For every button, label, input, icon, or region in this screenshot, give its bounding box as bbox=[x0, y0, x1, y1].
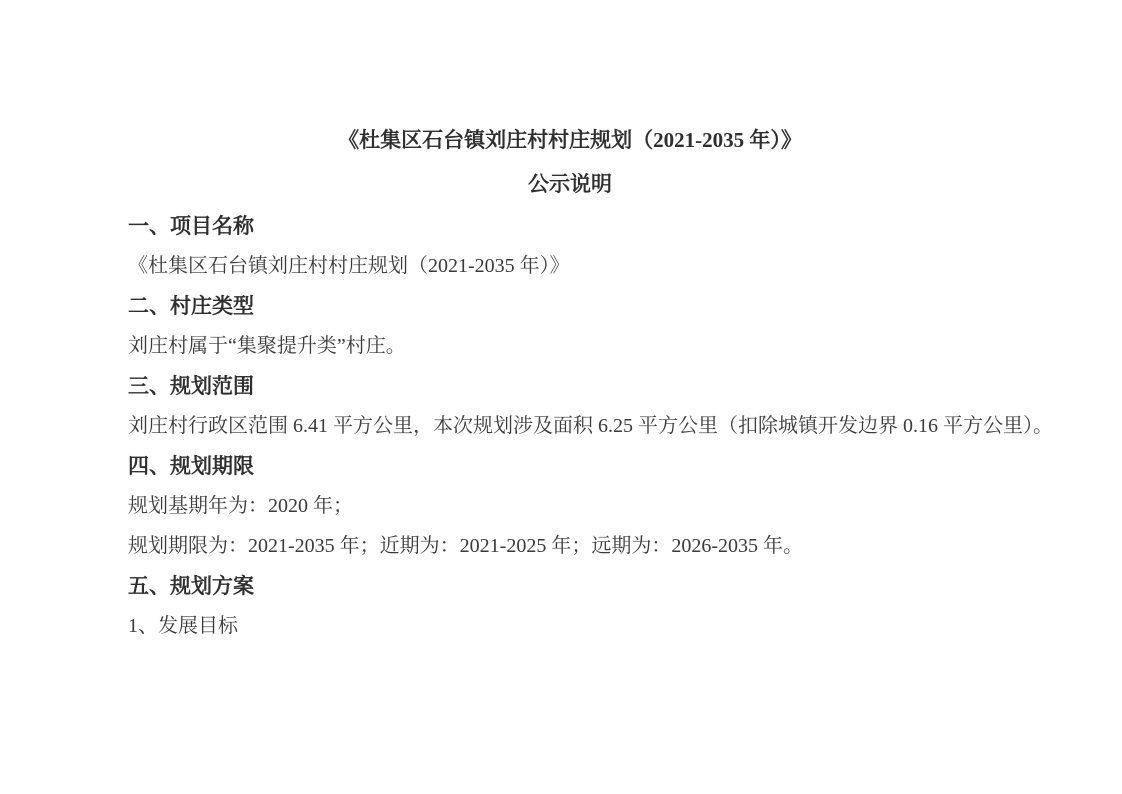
paragraph-base-year: 规划基期年为：2020 年； bbox=[128, 486, 1012, 526]
section-heading-planning-period: 四、规划期限 bbox=[128, 446, 1012, 486]
section-heading-village-type: 二、村庄类型 bbox=[128, 286, 1012, 326]
paragraph-planning-scope: 刘庄村行政区范围 6.41 平方公里，本次规划涉及面积 6.25 平方公里（扣除… bbox=[128, 406, 1012, 446]
document-subtitle: 公示说明 bbox=[128, 162, 1012, 206]
document-content: 《杜集区石台镇刘庄村村庄规划（2021-2035 年）》 公示说明 一、项目名称… bbox=[0, 0, 1122, 646]
document-page: 《杜集区石台镇刘庄村村庄规划（2021-2035 年）》 公示说明 一、项目名称… bbox=[0, 0, 1122, 794]
section-heading-planning-scope: 三、规划范围 bbox=[128, 366, 1012, 406]
document-title: 《杜集区石台镇刘庄村村庄规划（2021-2035 年）》 bbox=[128, 118, 1012, 162]
section-heading-project-name: 一、项目名称 bbox=[128, 206, 1012, 246]
paragraph-development-goal: 1、发展目标 bbox=[128, 606, 1012, 646]
paragraph-village-type: 刘庄村属于“集聚提升类”村庄。 bbox=[128, 326, 1012, 366]
paragraph-period-detail: 规划期限为：2021-2035 年；近期为：2021-2025 年；远期为：20… bbox=[128, 526, 1012, 566]
paragraph-project-name: 《杜集区石台镇刘庄村村庄规划（2021-2035 年）》 bbox=[128, 246, 1012, 286]
section-heading-planning-scheme: 五、规划方案 bbox=[128, 566, 1012, 606]
